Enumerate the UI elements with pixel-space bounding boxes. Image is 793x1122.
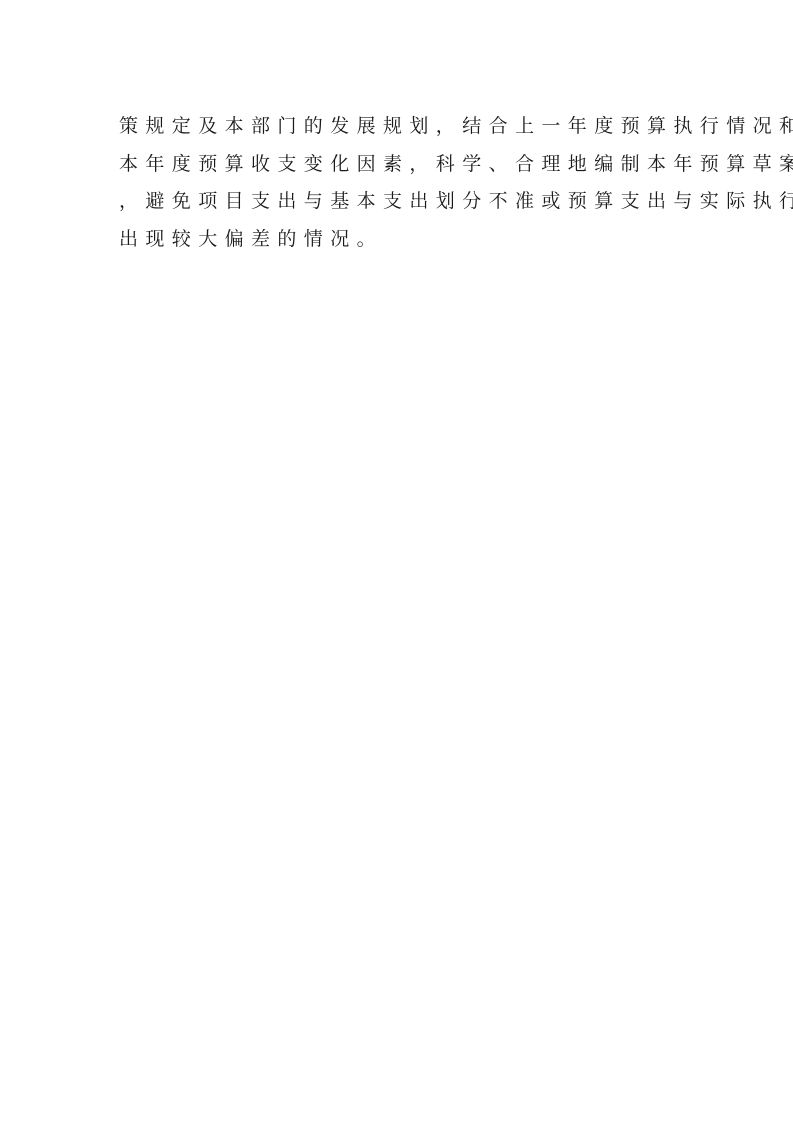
paragraph-line-2: 本年度预算收支变化因素，科学、合理地编制本年预算草案 (119, 146, 719, 184)
body-paragraph: 策规定及本部门的发展规划，结合上一年度预算执行情况和 本年度预算收支变化因素，科… (119, 108, 719, 258)
paragraph-line-4: 出现较大偏差的情况。 (119, 221, 719, 259)
paragraph-line-1: 策规定及本部门的发展规划，结合上一年度预算执行情况和 (119, 108, 719, 146)
document-page: 策规定及本部门的发展规划，结合上一年度预算执行情况和 本年度预算收支变化因素，科… (0, 0, 793, 1122)
paragraph-line-3: ，避免项目支出与基本支出划分不准或预算支出与实际执行 (119, 183, 719, 221)
